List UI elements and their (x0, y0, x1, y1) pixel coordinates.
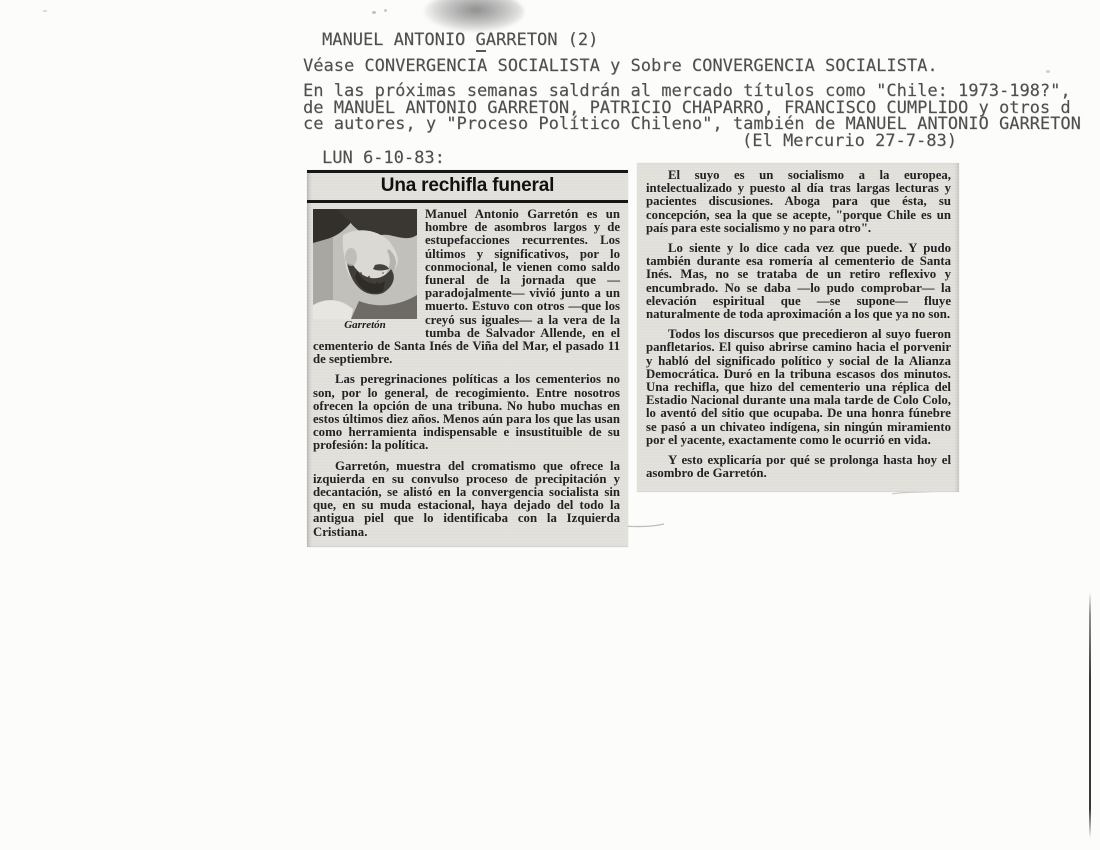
note-line-3: ce autores, y "Proceso Político Chileno"… (303, 115, 1081, 133)
article-headline: Una rechifla funeral (307, 170, 628, 203)
article-body-left: Garretón Manuel Antonio Garretón es un h… (307, 203, 628, 547)
paragraph: Garretón, muestra del cromatismo que ofr… (313, 460, 620, 539)
typed-title: MANUEL ANTONIO GARRETON (2) (322, 31, 598, 49)
scan-speck (43, 10, 47, 12)
photo-block: Garretón (313, 209, 417, 332)
garreton-photo (313, 209, 417, 319)
scan-speck (384, 9, 387, 12)
scanned-document-page: MANUEL ANTONIO GARRETON (2) Véase CONVER… (0, 0, 1100, 850)
paragraph: Lo siente y lo dice cada vez que puede. … (646, 242, 951, 321)
clipping-left-column: Una rechifla funeral (307, 170, 628, 547)
photo-caption: Garretón (313, 319, 417, 332)
clipping-right-column: El suyo es un socialismo a la europea, i… (637, 163, 959, 492)
scan-speck (1046, 70, 1050, 73)
scan-line-artifact (1089, 592, 1091, 838)
paragraph: Y esto explicaría por qué se prolonga ha… (646, 454, 951, 480)
source-citation: (El Mercurio 27-7-83) (742, 132, 957, 150)
date-label: LUN 6-10-83: (322, 149, 445, 167)
scan-speck (372, 11, 376, 14)
paragraph: Las peregrinaciones políticas a los ceme… (313, 373, 620, 452)
see-also-line: Véase CONVERGENCIA SOCIALISTA y Sobre CO… (303, 57, 938, 75)
scan-smudge (424, 0, 524, 32)
paragraph: Todos los discursos que precedieron al s… (646, 328, 951, 447)
paragraph: El suyo es un socialismo a la europea, i… (646, 169, 951, 235)
